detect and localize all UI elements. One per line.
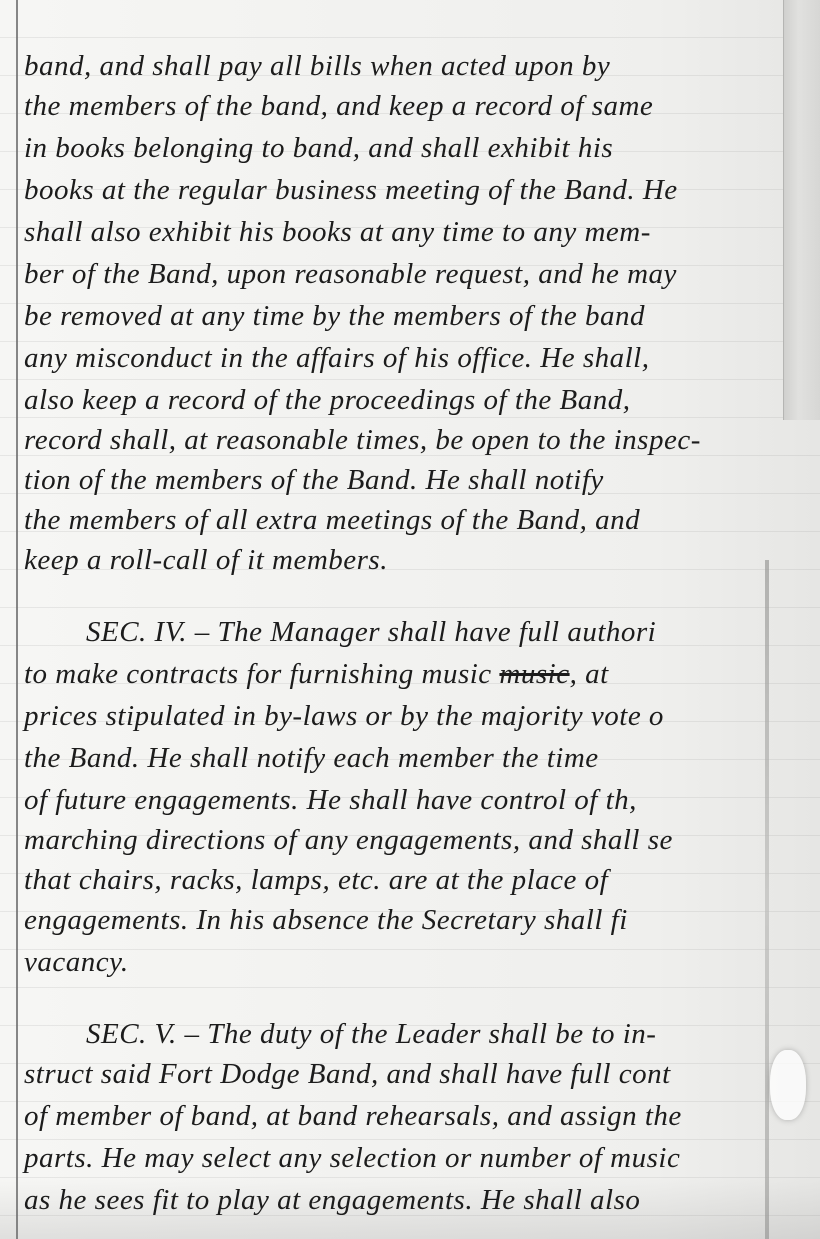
text-line: marching directions of any engagements, … <box>24 826 673 855</box>
text-line: as he sees fit to play at engagements. H… <box>24 1186 640 1215</box>
section-iv-first-line: SEC. IV. – The Manager shall have full a… <box>86 618 656 647</box>
section-label: SEC. IV. – <box>86 616 210 648</box>
text-line: the members of all extra meetings of the… <box>24 506 640 535</box>
text-line: ber of the Band, upon reasonable request… <box>24 260 677 289</box>
text-line: the members of the band, and keep a reco… <box>24 92 653 121</box>
margin-rule <box>16 0 18 1239</box>
page-tear <box>765 560 769 1239</box>
text-line: that chairs, racks, lamps, etc. are at t… <box>24 866 608 895</box>
text-line: , at <box>570 658 609 690</box>
section-v-first-line: SEC. V. – The duty of the Leader shall b… <box>86 1020 656 1049</box>
text-line: record shall, at reasonable times, be op… <box>24 426 701 455</box>
text-line: prices stipulated in by-laws or by the m… <box>24 702 664 731</box>
text-line: The Manager shall have full authori <box>217 616 656 648</box>
text-line: the Band. He shall notify each member th… <box>24 744 599 773</box>
struck-word: music <box>499 658 569 690</box>
text-line: engagements. In his absence the Secretar… <box>24 906 628 935</box>
text-line: shall also exhibit his books at any time… <box>24 218 651 247</box>
text-line-with-strike: to make contracts for furnishing music m… <box>24 660 609 689</box>
text-line: of future engagements. He shall have con… <box>24 786 637 815</box>
folded-page-edge <box>783 0 820 420</box>
text-line: any misconduct in the affairs of his off… <box>24 344 649 373</box>
text-line: books at the regular business meeting of… <box>24 176 678 205</box>
text-line: tion of the members of the Band. He shal… <box>24 466 604 495</box>
text-line: The duty of the Leader shall be to in- <box>207 1018 656 1050</box>
paper-damage <box>770 1050 806 1120</box>
text-line: in books belonging to band, and shall ex… <box>24 134 613 163</box>
section-label: SEC. V. – <box>86 1018 200 1050</box>
text-line: also keep a record of the proceedings of… <box>24 386 630 415</box>
document-page: band, and shall pay all bills when acted… <box>0 0 820 1239</box>
text-line: struct said Fort Dodge Band, and shall h… <box>24 1060 671 1089</box>
text-line: keep a roll-call of it members. <box>24 546 388 575</box>
text-line: to make contracts for furnishing music <box>24 658 492 690</box>
text-line: of member of band, at band rehearsals, a… <box>24 1102 682 1131</box>
text-line: parts. He may select any selection or nu… <box>24 1144 680 1173</box>
text-line: be removed at any time by the members of… <box>24 302 645 331</box>
text-line: vacancy. <box>24 948 129 977</box>
text-line: band, and shall pay all bills when acted… <box>24 52 610 81</box>
